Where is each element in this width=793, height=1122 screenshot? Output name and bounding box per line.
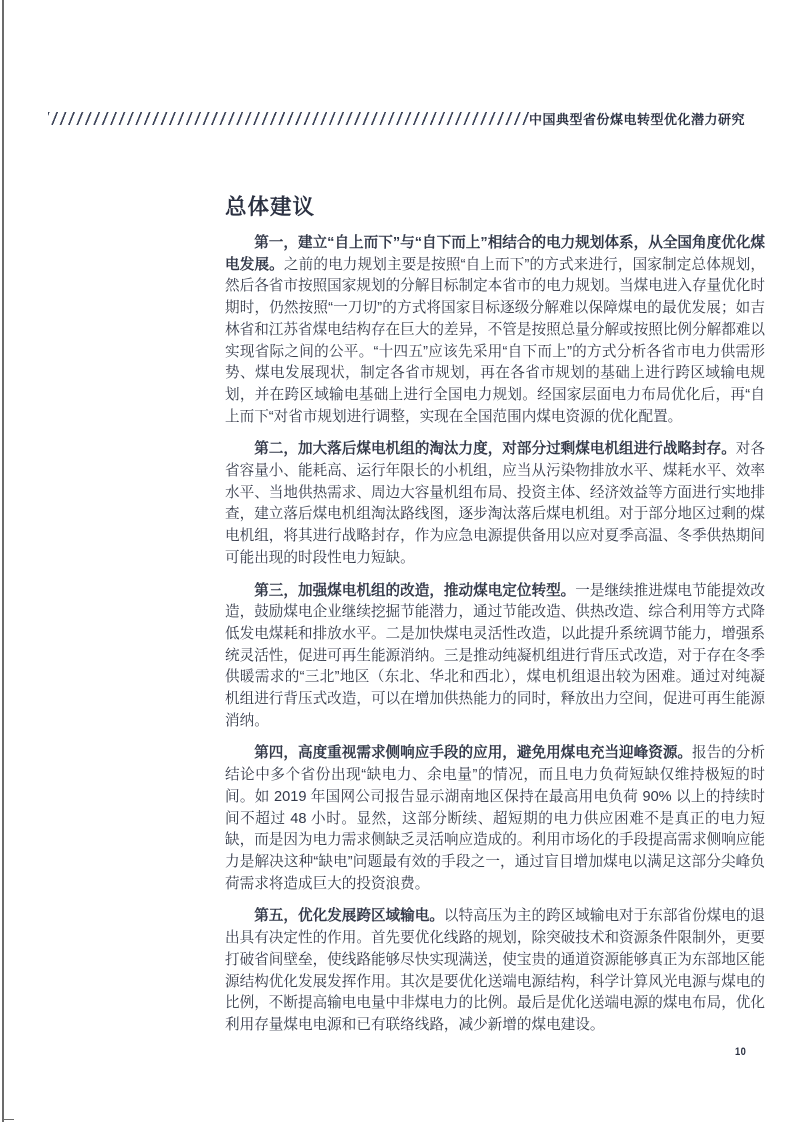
paragraph-3-body: 一是继续推进煤电节能提效改造，鼓励煤电企业继续挖掘节能潜力，通过节能改造、供热改…: [225, 583, 765, 729]
paragraph-4-lead: 第四，高度重视需求侧响应手段的应用，避免用煤电充当迎峰资源。: [254, 745, 692, 761]
header-title: 中国典型省份煤电转型优化潜力研究: [529, 109, 745, 128]
paragraph-4: 第四，高度重视需求侧响应手段的应用，避免用煤电充当迎峰资源。报告的分析结论中多个…: [225, 743, 765, 895]
document-page: 中国典型省份煤电转型优化潜力研究 总体建议 第一，建立“自上而下”与“自下而上”…: [0, 0, 793, 1122]
paragraph-4-body: 报告的分析结论中多个省份出现“缺电力、余电量”的情况，而且电力负荷短缺仅维持极短…: [225, 745, 765, 891]
paragraph-3: 第三，加强煤电机组的改造，推动煤电定位转型。一是继续推进煤电节能提效改造，鼓励煤…: [225, 581, 765, 733]
paragraph-2-lead: 第二，加大落后煤电机组的淘汰力度，对部分过剩煤电机组进行战略封存。: [254, 441, 736, 457]
page-bottom-border: [2, 1119, 14, 1121]
paragraph-1-body: 之前的电力规划主要是按照“自上而下”的方式来进行，国家制定总体规划，然后各省市按…: [225, 257, 765, 425]
paragraph-1: 第一，建立“自上而下”与“自下而上”相结合的电力规划体系，从全国角度优化煤电发展…: [225, 233, 765, 428]
paragraph-2-body: 对各省容量小、能耗高、运行年限长的小机组，应当从污染物排放水平、煤耗水平、效率水…: [225, 441, 765, 566]
page-header: 中国典型省份煤电转型优化潜力研究: [48, 108, 745, 128]
paragraph-5: 第五，优化发展跨区域输电。以特高压为主的跨区域输电对于东部省份煤电的退出具有决定…: [225, 906, 765, 1036]
paragraph-5-lead: 第五，优化发展跨区域输电。: [254, 908, 444, 924]
document-body: 第一，建立“自上而下”与“自下而上”相结合的电力规划体系，从全国角度优化煤电发展…: [225, 233, 765, 1037]
page-left-border: [2, 0, 4, 1122]
header-slash-pattern: [48, 112, 529, 125]
section-title: 总体建议: [225, 190, 315, 221]
paragraph-3-lead: 第三，加强煤电机组的改造，推动煤电定位转型。: [254, 583, 575, 599]
page-number: 10: [735, 1046, 746, 1058]
paragraph-5-body: 以特高压为主的跨区域输电对于东部省份煤电的退出具有决定性的作用。首先要优化线路的…: [225, 908, 765, 1033]
paragraph-2: 第二，加大落后煤电机组的淘汰力度，对部分过剩煤电机组进行战略封存。对各省容量小、…: [225, 439, 765, 569]
